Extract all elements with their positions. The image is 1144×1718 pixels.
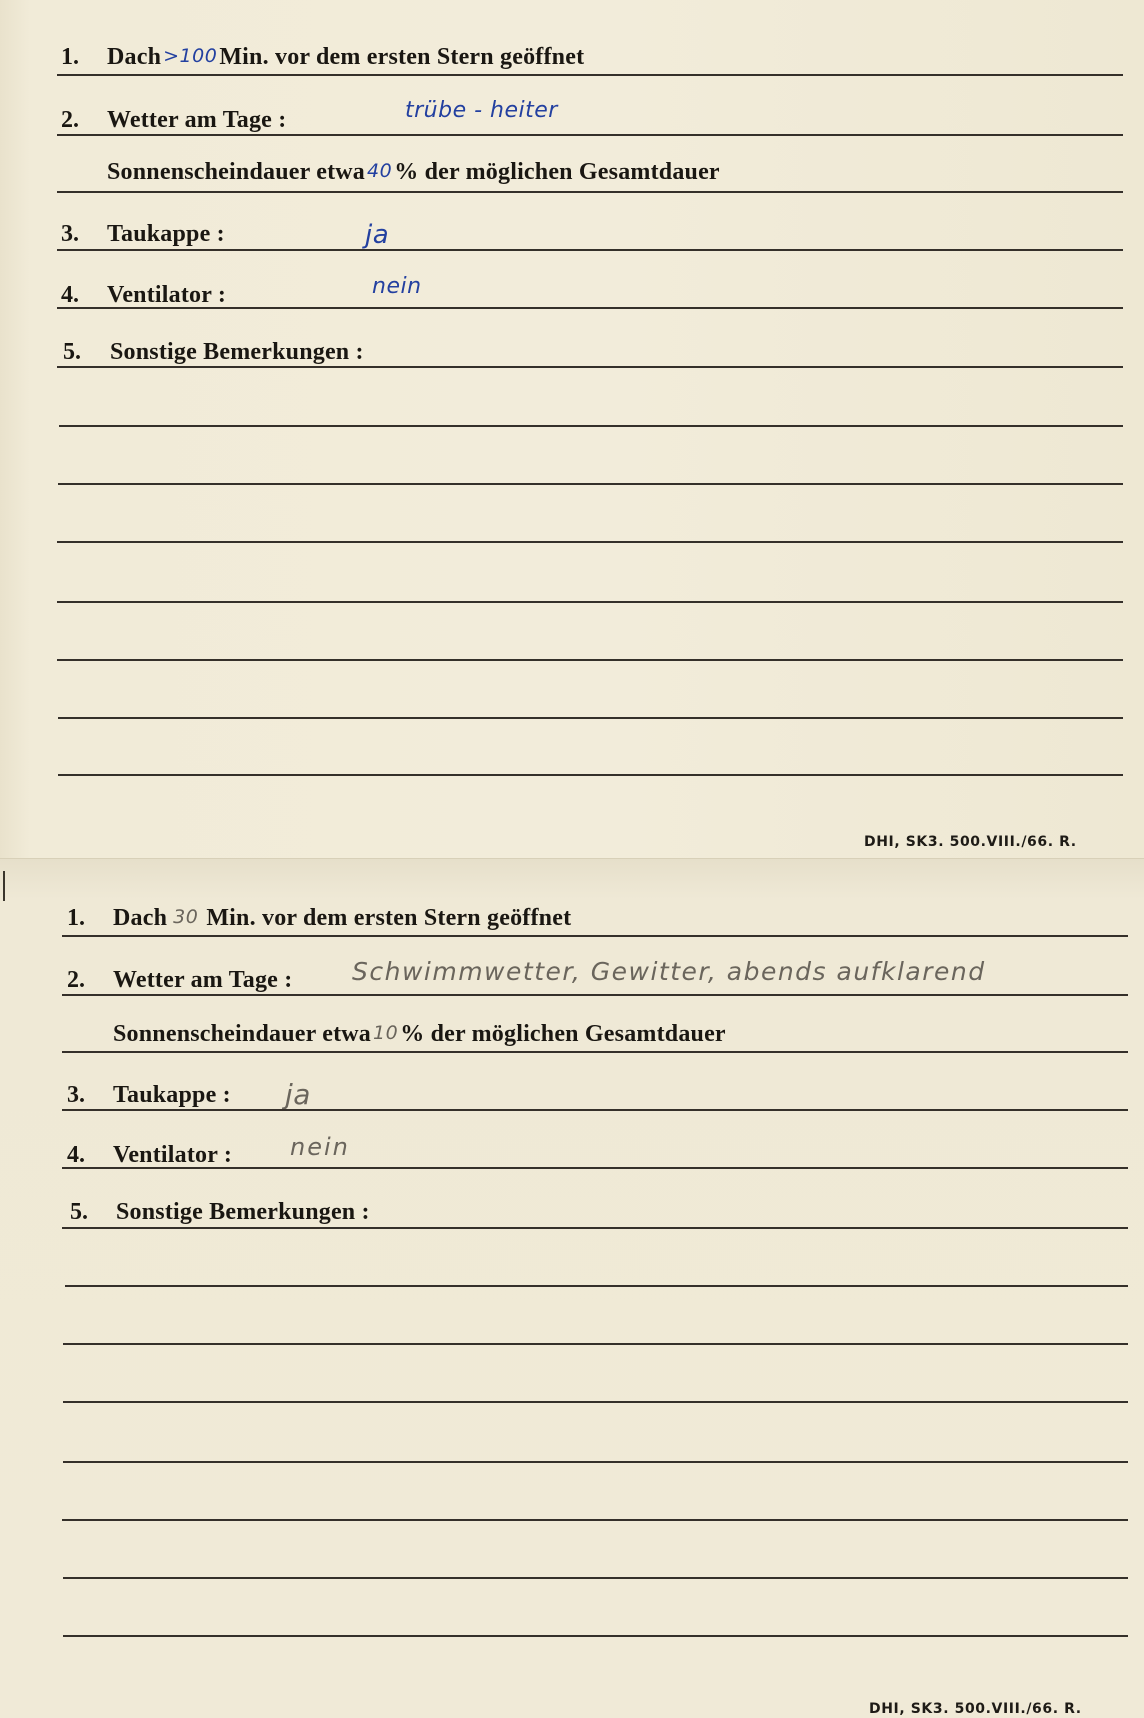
label-roof: Dach: [113, 905, 167, 931]
remarks-line-1[interactable]: [59, 425, 1123, 427]
remarks-line-4[interactable]: [63, 1461, 1128, 1463]
item-roof-opened: Dach>100Min. vor dem ersten Stern geöffn…: [107, 45, 584, 69]
handwritten-sunshine-percent[interactable]: 40: [365, 160, 394, 182]
form-line: [62, 1167, 1128, 1169]
remarks-line-5[interactable]: [57, 659, 1123, 661]
observation-card-1: 1. Dach>100Min. vor dem ersten Stern geö…: [0, 0, 1144, 858]
label-remarks: Sonstige Bemerkungen :: [110, 340, 364, 364]
handwritten-sunshine-percent[interactable]: 10: [371, 1022, 400, 1044]
handwritten-dew-cap[interactable]: ja: [285, 1081, 311, 1109]
label-remarks: Sonstige Bemerkungen :: [116, 1200, 370, 1224]
label-minutes-before-star: Min. vor dem ersten Stern geöffnet: [219, 44, 584, 70]
handwritten-minutes[interactable]: 30: [167, 906, 206, 928]
handwritten-ventilator[interactable]: nein: [290, 1135, 350, 1159]
handwritten-weather[interactable]: trübe - heiter: [405, 100, 558, 122]
remarks-line-7[interactable]: [58, 774, 1123, 776]
item-sunshine-duration: Sonnenscheindauer etwa40% der möglichen …: [107, 160, 720, 184]
remarks-line-2[interactable]: [63, 1343, 1128, 1345]
item-number-2: 2.: [61, 108, 79, 132]
remarks-line-7[interactable]: [63, 1635, 1128, 1637]
remarks-line-6[interactable]: [63, 1577, 1128, 1579]
label-minutes-before-star: Min. vor dem ersten Stern geöffnet: [206, 905, 571, 931]
form-line: [62, 1051, 1128, 1053]
form-line: [57, 249, 1123, 251]
label-dew-cap: Taukappe :: [107, 222, 225, 246]
item-number-2: 2.: [67, 968, 85, 992]
label-weather: Wetter am Tage :: [113, 968, 292, 992]
remarks-line-4[interactable]: [57, 601, 1123, 603]
form-line: [62, 1227, 1128, 1229]
form-line: [57, 366, 1123, 368]
label-roof: Dach: [107, 44, 161, 70]
form-line: [57, 74, 1123, 76]
handwritten-dew-cap[interactable]: ja: [365, 222, 389, 248]
remarks-line-5[interactable]: [62, 1519, 1128, 1521]
item-number-3: 3.: [61, 222, 79, 246]
remarks-line-6[interactable]: [58, 717, 1123, 719]
label-ventilator: Ventilator :: [113, 1143, 232, 1167]
item-number-4: 4.: [61, 283, 79, 307]
remarks-line-1[interactable]: [65, 1285, 1128, 1287]
item-number-1: 1.: [61, 45, 79, 69]
label-percent-total: % der möglichen Gesamtdauer: [400, 1021, 726, 1047]
observation-card-2: 1. Dach30Min. vor dem ersten Stern geöff…: [0, 858, 1144, 1718]
remarks-line-3[interactable]: [63, 1401, 1128, 1403]
form-code-footer: DHI, SK3. 500.VIII./66. R.: [869, 1701, 1082, 1717]
form-line: [57, 307, 1123, 309]
item-number-5: 5.: [70, 1200, 88, 1224]
remarks-line-2[interactable]: [58, 483, 1123, 485]
remarks-line-3[interactable]: [57, 541, 1123, 543]
form-line: [57, 134, 1123, 136]
form-line: [62, 994, 1128, 996]
form-code-footer: DHI, SK3. 500.VIII./66. R.: [864, 834, 1077, 850]
label-sunshine: Sonnenscheindauer etwa: [113, 1021, 371, 1047]
item-number-1: 1.: [67, 906, 85, 930]
handwritten-ventilator[interactable]: nein: [372, 276, 422, 298]
form-line: [62, 935, 1128, 937]
handwritten-weather[interactable]: Schwimmwetter, Gewitter, abends aufklare…: [352, 959, 986, 984]
card-edge-mark: [3, 871, 5, 901]
label-sunshine: Sonnenscheindauer etwa: [107, 159, 365, 185]
label-weather: Wetter am Tage :: [107, 108, 286, 132]
item-sunshine-duration: Sonnenscheindauer etwa10% der möglichen …: [113, 1022, 726, 1046]
label-percent-total: % der möglichen Gesamtdauer: [394, 159, 720, 185]
item-roof-opened: Dach30Min. vor dem ersten Stern geöffnet: [113, 906, 571, 930]
form-line: [62, 1109, 1128, 1111]
form-line: [57, 191, 1123, 193]
item-number-4: 4.: [67, 1143, 85, 1167]
label-ventilator: Ventilator :: [107, 283, 226, 307]
item-number-5: 5.: [63, 340, 81, 364]
label-dew-cap: Taukappe :: [113, 1083, 231, 1107]
handwritten-minutes[interactable]: >100: [161, 45, 219, 67]
item-number-3: 3.: [67, 1083, 85, 1107]
